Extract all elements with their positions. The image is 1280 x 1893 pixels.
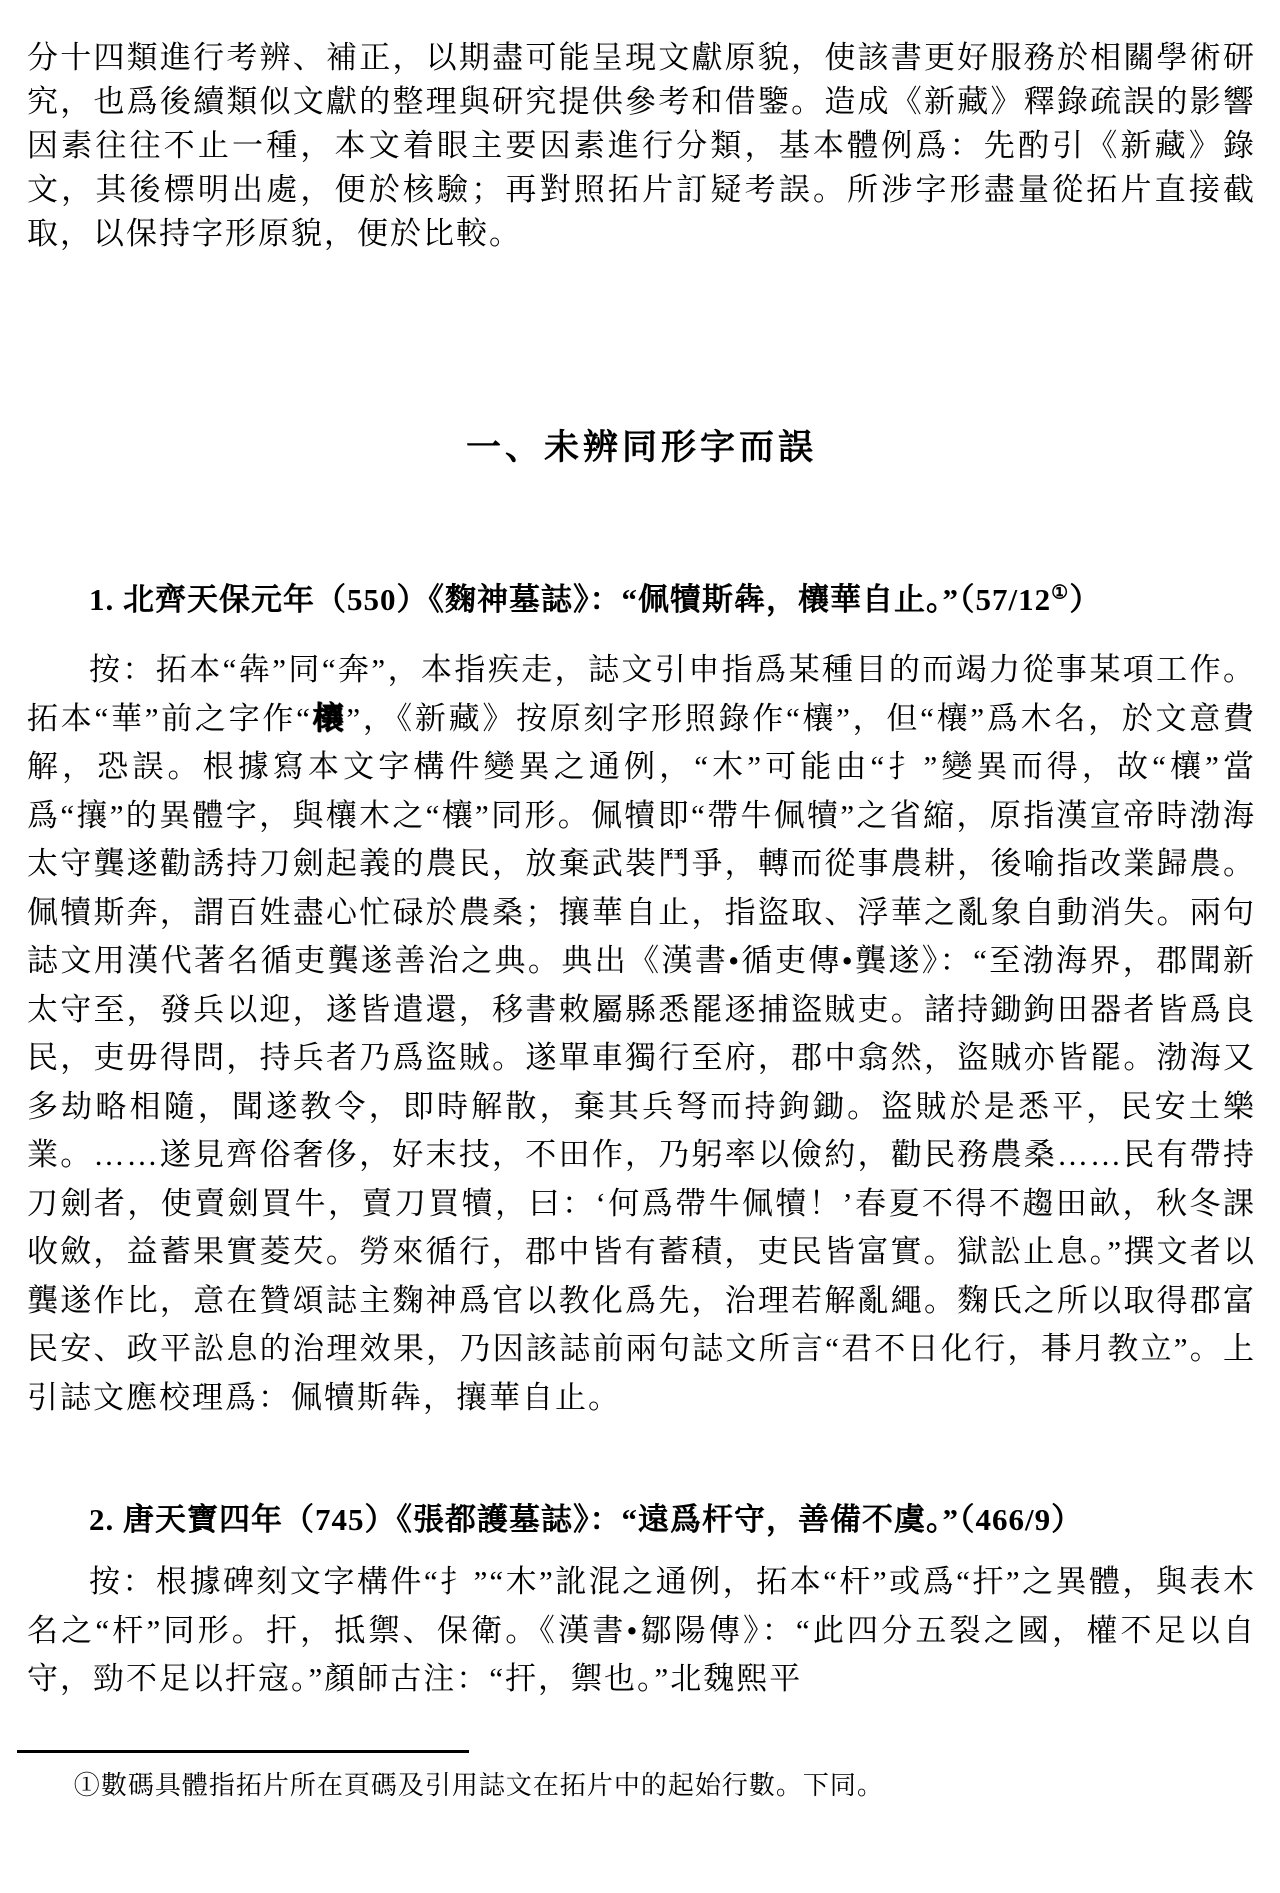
item1-heading-text: 1. 北齊天保元年（550）《麴神墓誌》：“佩犢斯犇，欀華自止。”（57/12 bbox=[89, 582, 1051, 617]
footnote-reference-1: ① bbox=[1051, 583, 1069, 604]
footnote-text: ①數碼具體指拓片所在頁碼及引用誌文在拓片中的起始行數。下同。 bbox=[27, 1767, 1256, 1805]
item1-heading-close: ） bbox=[1069, 582, 1101, 617]
rubbing-glyph: 欀 bbox=[312, 701, 346, 736]
footnote-area: ①數碼具體指拓片所在頁碼及引用誌文在拓片中的起始行數。下同。 bbox=[27, 1750, 1256, 1805]
item2-heading: 2. 唐天寶四年（745）《張都護墓誌》：“遠爲杆守，善備不虞。”（466/9） bbox=[27, 1500, 1256, 1540]
footnote-separator bbox=[17, 1750, 469, 1753]
intro-paragraph: 分十四類進行考辨、補正，以期盡可能呈現文獻原貌，使該書更好服務於相關學術研究，也… bbox=[27, 36, 1256, 256]
section-heading: 一、未辨同形字而誤 bbox=[27, 428, 1256, 468]
item1-heading: 1. 北齊天保元年（550）《麴神墓誌》：“佩犢斯犇，欀華自止。”（57/12①… bbox=[27, 580, 1256, 620]
footnote-marker: ① bbox=[74, 1771, 101, 1800]
item2-body: 按：根據碑刻文字構件“扌”“木”訛混之通例，拓本“杆”或爲“扞”之異體，與表木名… bbox=[27, 1558, 1256, 1704]
item1-body-text-after: ”，《新藏》按原刻字形照錄作“欀”，但“欀”爲木名，於文意費解，恐誤。根據寫本文… bbox=[27, 701, 1256, 1415]
footnote-body: 數碼具體指拓片所在頁碼及引用誌文在拓片中的起始行數。下同。 bbox=[101, 1771, 884, 1800]
item1-body: 按：拓本“犇”同“奔”，本指疾走，誌文引申指爲某種目的而竭力從事某項工作。拓本“… bbox=[27, 646, 1256, 1422]
document-page: 分十四類進行考辨、補正，以期盡可能呈現文獻原貌，使該書更好服務於相關學術研究，也… bbox=[0, 0, 1280, 1893]
